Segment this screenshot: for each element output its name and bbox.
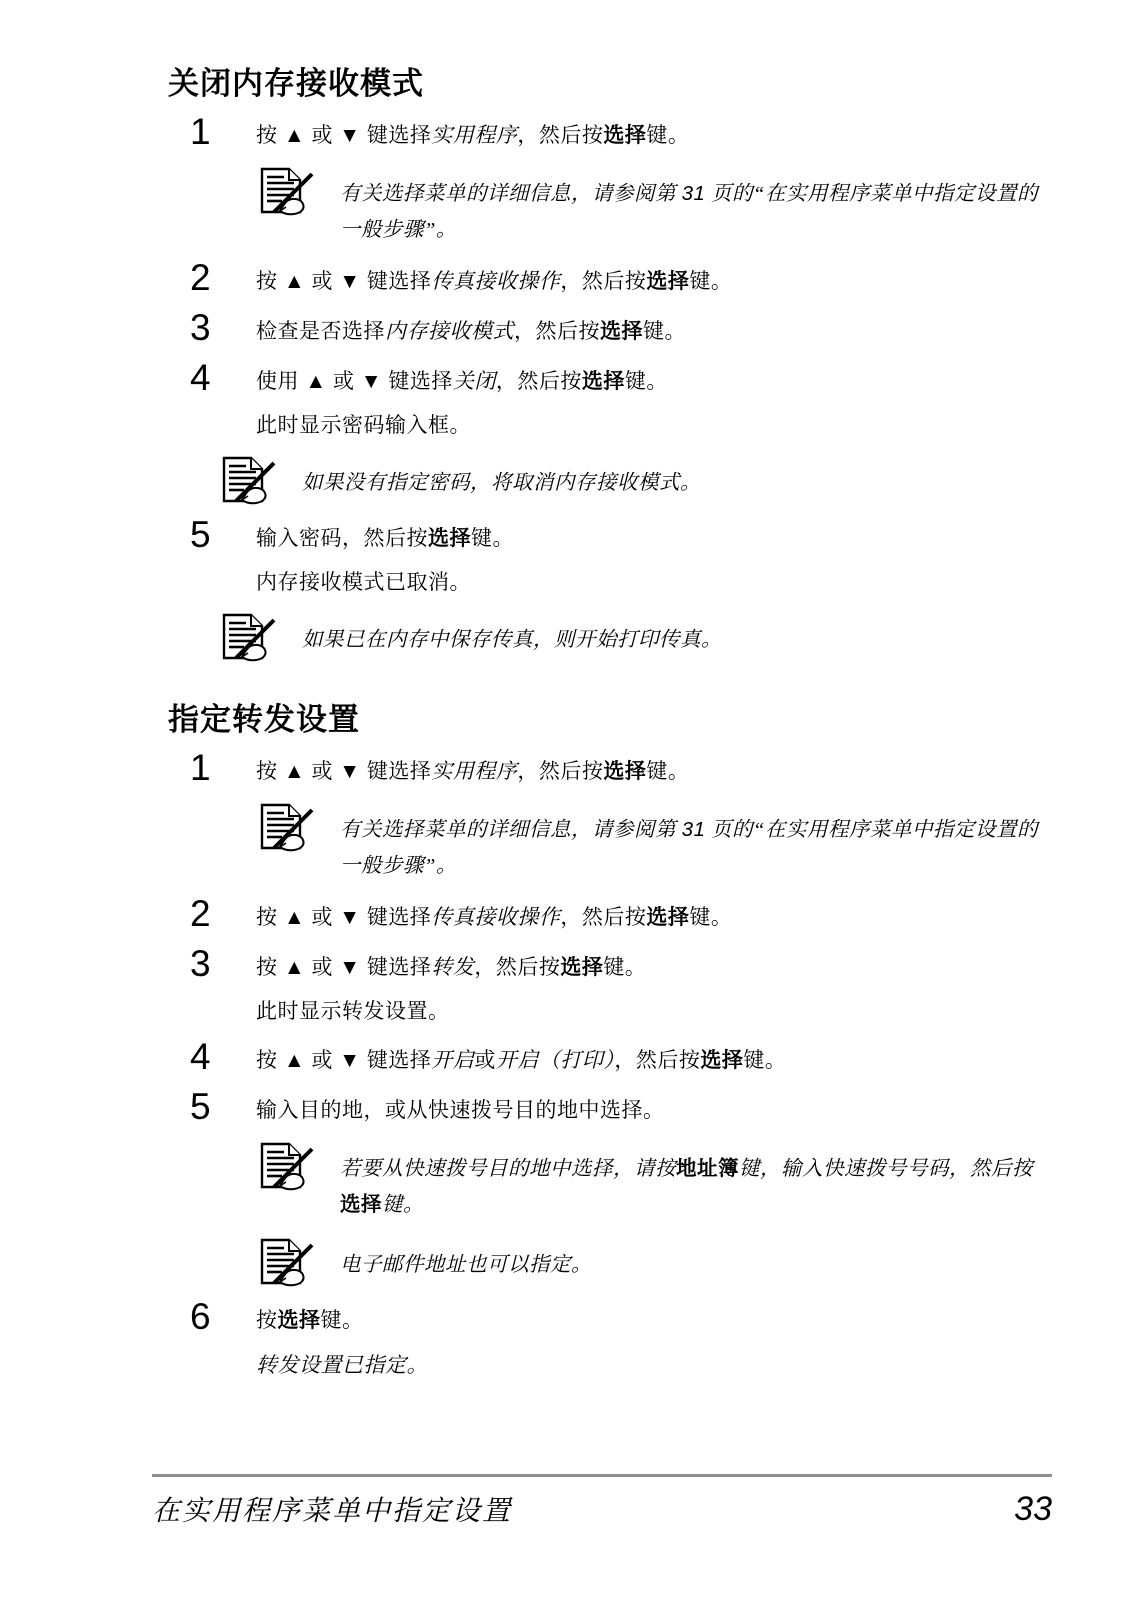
step-number: 4 — [190, 1037, 256, 1077]
note-pencil-icon — [258, 802, 314, 852]
footer-section-title: 在实用程序菜单中指定设置 — [152, 1489, 512, 1529]
step-text: 使用 ▲ 或 ▼ 键选择关闭，然后按选择键。 — [256, 358, 668, 397]
step-number: 1 — [190, 748, 256, 788]
step-number: 6 — [190, 1297, 256, 1337]
step-text: 检查是否选择内存接收模式，然后按选择键。 — [256, 308, 686, 347]
step-number: 5 — [190, 1087, 256, 1127]
step-number: 1 — [190, 112, 256, 152]
note: 有关选择菜单的详细信息，请参阅第 31 页的“在实用程序菜单中指定设置的一般步骤… — [258, 166, 1130, 248]
section-forward-settings: 指定转发设置 1 按 ▲ 或 ▼ 键选择实用程序，然后按选择键。 有关选择菜单的… — [0, 702, 1130, 1381]
page-content: 关闭内存接收模式 1 按 ▲ 或 ▼ 键选择实用程序，然后按选择键。 有关选择菜… — [0, 0, 1130, 1381]
step: 5 输入目的地，或从快速拨号目的地中选择。 — [190, 1087, 1130, 1127]
step: 3 按 ▲ 或 ▼ 键选择转发，然后按选择键。 — [190, 944, 1130, 984]
step-number: 2 — [190, 258, 256, 298]
step-result-text: 此时显示转发设置。 — [256, 997, 1130, 1027]
note: 有关选择菜单的详细信息，请参阅第 31 页的“在实用程序菜单中指定设置的一般步骤… — [258, 802, 1130, 884]
step: 2 按 ▲ 或 ▼ 键选择传真接收操作，然后按选择键。 — [190, 894, 1130, 934]
note: 电子邮件地址也可以指定。 — [258, 1237, 1130, 1287]
step-text: 按 ▲ 或 ▼ 键选择实用程序，然后按选择键。 — [256, 112, 689, 151]
section-title: 指定转发设置 — [168, 702, 1130, 738]
step-result-text: 内存接收模式已取消。 — [256, 568, 1130, 598]
step-text: 按 ▲ 或 ▼ 键选择实用程序，然后按选择键。 — [256, 748, 689, 787]
step: 5 输入密码，然后按选择键。 — [190, 515, 1130, 555]
page-number: 33 — [1014, 1490, 1052, 1529]
note-text: 如果已在内存中保存传真，则开始打印传真。 — [302, 612, 722, 658]
note: 若要从快速拨号目的地中选择，请按地址簿键，输入快速拨号号码，然后按选择键。 — [258, 1141, 1130, 1223]
note: 如果已在内存中保存传真，则开始打印传真。 — [220, 612, 1130, 662]
step-result-text: 转发设置已指定。 — [256, 1350, 1130, 1381]
note-text: 电子邮件地址也可以指定。 — [340, 1237, 592, 1283]
note-pencil-icon — [220, 612, 276, 662]
note-pencil-icon — [258, 1237, 314, 1287]
note-text: 若要从快速拨号目的地中选择，请按地址簿键，输入快速拨号号码，然后按选择键。 — [340, 1141, 1040, 1223]
step: 2 按 ▲ 或 ▼ 键选择传真接收操作，然后按选择键。 — [190, 258, 1130, 298]
step: 1 按 ▲ 或 ▼ 键选择实用程序，然后按选择键。 — [190, 112, 1130, 152]
step: 4 使用 ▲ 或 ▼ 键选择关闭，然后按选择键。 — [190, 358, 1130, 398]
step-number: 5 — [190, 515, 256, 555]
step-text: 按选择键。 — [256, 1297, 364, 1336]
page-footer: 在实用程序菜单中指定设置 33 — [152, 1474, 1052, 1529]
step-text: 按 ▲ 或 ▼ 键选择传真接收操作，然后按选择键。 — [256, 894, 732, 933]
note: 如果没有指定密码，将取消内存接收模式。 — [220, 455, 1130, 505]
step-text: 输入密码，然后按选择键。 — [256, 515, 514, 554]
step-number: 4 — [190, 358, 256, 398]
note-text: 如果没有指定密码，将取消内存接收模式。 — [302, 455, 701, 501]
note-pencil-icon — [220, 455, 276, 505]
note-text: 有关选择菜单的详细信息，请参阅第 31 页的“在实用程序菜单中指定设置的一般步骤… — [340, 802, 1040, 884]
step: 3 检查是否选择内存接收模式，然后按选择键。 — [190, 308, 1130, 348]
step: 4 按 ▲ 或 ▼ 键选择开启或开启（打印），然后按选择键。 — [190, 1037, 1130, 1077]
note-pencil-icon — [258, 1141, 314, 1191]
section-memory-rx-off: 关闭内存接收模式 1 按 ▲ 或 ▼ 键选择实用程序，然后按选择键。 有关选择菜… — [0, 66, 1130, 662]
step-text: 按 ▲ 或 ▼ 键选择开启或开启（打印），然后按选择键。 — [256, 1037, 786, 1076]
step-number: 3 — [190, 944, 256, 984]
step-text: 按 ▲ 或 ▼ 键选择传真接收操作，然后按选择键。 — [256, 258, 732, 297]
step-number: 2 — [190, 894, 256, 934]
step-number: 3 — [190, 308, 256, 348]
step: 1 按 ▲ 或 ▼ 键选择实用程序，然后按选择键。 — [190, 748, 1130, 788]
section-title: 关闭内存接收模式 — [168, 66, 1130, 102]
step-text: 按 ▲ 或 ▼ 键选择转发，然后按选择键。 — [256, 944, 646, 983]
step-result-text: 此时显示密码输入框。 — [256, 411, 1130, 441]
step-text: 输入目的地，或从快速拨号目的地中选择。 — [256, 1087, 665, 1126]
note-text: 有关选择菜单的详细信息，请参阅第 31 页的“在实用程序菜单中指定设置的一般步骤… — [340, 166, 1040, 248]
note-pencil-icon — [258, 166, 314, 216]
step: 6 按选择键。 — [190, 1297, 1130, 1337]
manual-page: 关闭内存接收模式 1 按 ▲ 或 ▼ 键选择实用程序，然后按选择键。 有关选择菜… — [0, 0, 1130, 1600]
